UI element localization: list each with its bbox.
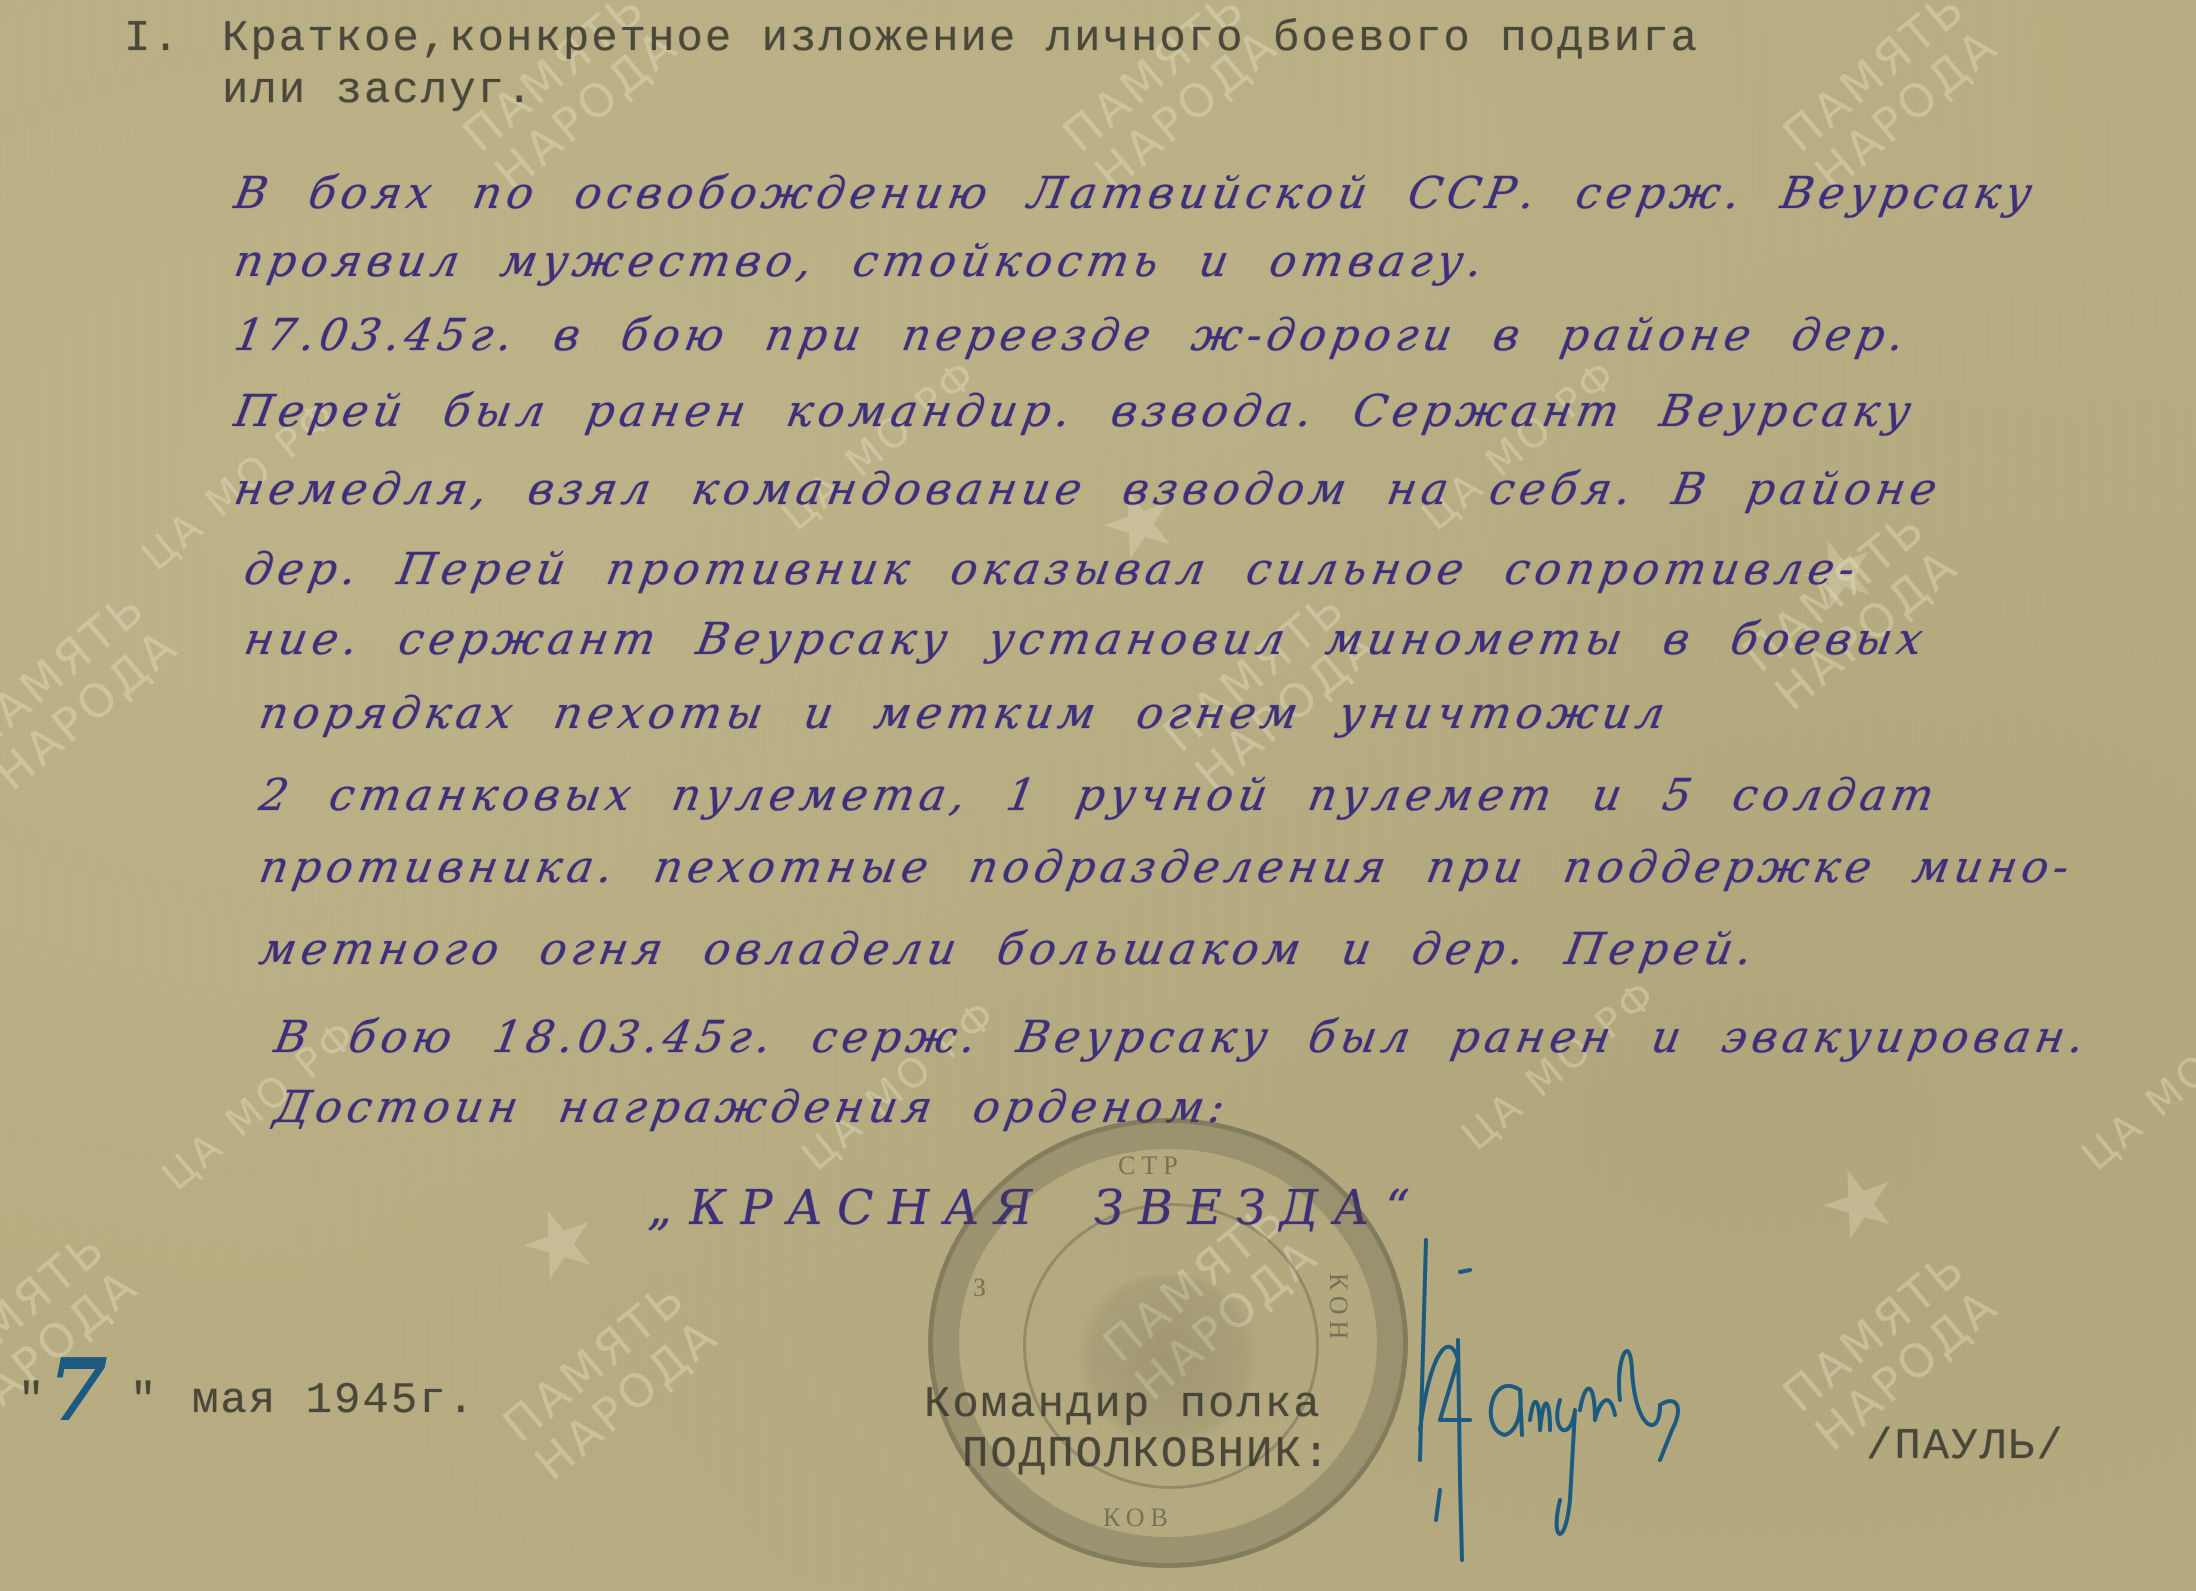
section-number: I.	[124, 14, 181, 64]
official-stamp: СТР КОН КОВ З	[928, 1118, 1408, 1568]
body-line: В боях по освобождению Латвийской ССР. с…	[231, 168, 2041, 219]
body-line: дер. Перей противник оказывал сильное со…	[241, 544, 1864, 595]
watermark-line: ЦА МО РФ	[1452, 969, 1668, 1162]
date-open-quote: "	[18, 1376, 46, 1426]
body-line: В бою 18.03.45г. серж. Веурсаку был ране…	[271, 1012, 2094, 1063]
watermark-star-icon: ★	[1803, 1140, 1917, 1272]
stamp-text-bottom: КОВ	[1103, 1503, 1174, 1533]
body-line: противника. пехотные подразделения при п…	[256, 842, 2078, 893]
section-heading-line2: или заслуг.	[222, 66, 534, 116]
body-line: порядках пехоты и метким огнем уничтожил	[256, 688, 1674, 739]
section-heading-line1: Краткое,конкретное изложение личного бое…	[222, 14, 1699, 64]
watermark-line: ПАМЯТЬ	[1774, 1241, 1976, 1422]
body-line: Достоин награждения орденом:	[271, 1082, 1234, 1133]
body-line: проявил мужество, стойкость и отвагу.	[231, 236, 1492, 287]
watermark-pamyat-naroda: ПАМЯТЬ НАРОДА	[0, 581, 188, 800]
body-line: ние. сержант Веурсаку установил минометы…	[241, 614, 1932, 665]
stamp-text-right: КОН	[1323, 1273, 1353, 1345]
date-month-year: мая 1945г.	[192, 1376, 476, 1426]
watermark-tsa-mo-rf: ЦА МО РФ	[1452, 969, 1668, 1162]
signatory-position-line2: ПОДПОЛКОВНИК:	[962, 1430, 1331, 1480]
signatory-name: /ПАУЛЬ/	[1866, 1422, 2065, 1472]
watermark-line: ПАМЯТЬ	[494, 1271, 696, 1452]
date-day-handwritten: 7	[48, 1340, 108, 1441]
body-line: Перей был ранен командир. взвода. Сержан…	[231, 386, 1920, 437]
watermark-pamyat-naroda: ПАМЯТЬ НАРОДА	[1734, 501, 1968, 720]
watermark-pamyat-naroda: ПАМЯТЬ НАРОДА	[494, 1271, 728, 1490]
watermark-line: НАРОДА	[0, 619, 188, 800]
body-line: немедля, взял командование взводом на се…	[231, 464, 1946, 515]
signatory-position-line1: Командир полка	[924, 1380, 1322, 1430]
signature-icon	[1410, 1230, 1710, 1570]
date-close-quote: "	[130, 1376, 158, 1426]
stamp-text-left: З	[973, 1273, 992, 1303]
watermark-line: НАРОДА	[526, 1309, 728, 1490]
watermark-star-icon: ★	[503, 1180, 617, 1312]
body-line: 2 станковых пулемета, 1 ручной пулемет и…	[256, 770, 1943, 821]
stamp-text-top: СТР	[1118, 1151, 1184, 1181]
watermark-line: ПАМЯТЬ	[1774, 0, 1976, 161]
body-line: метного огня овладели большаком и дер. П…	[256, 924, 1762, 975]
watermark-line: ПАМЯТЬ	[0, 581, 156, 762]
body-line: 17.03.45г. в бою при переезде ж-дороги в…	[231, 310, 1914, 361]
